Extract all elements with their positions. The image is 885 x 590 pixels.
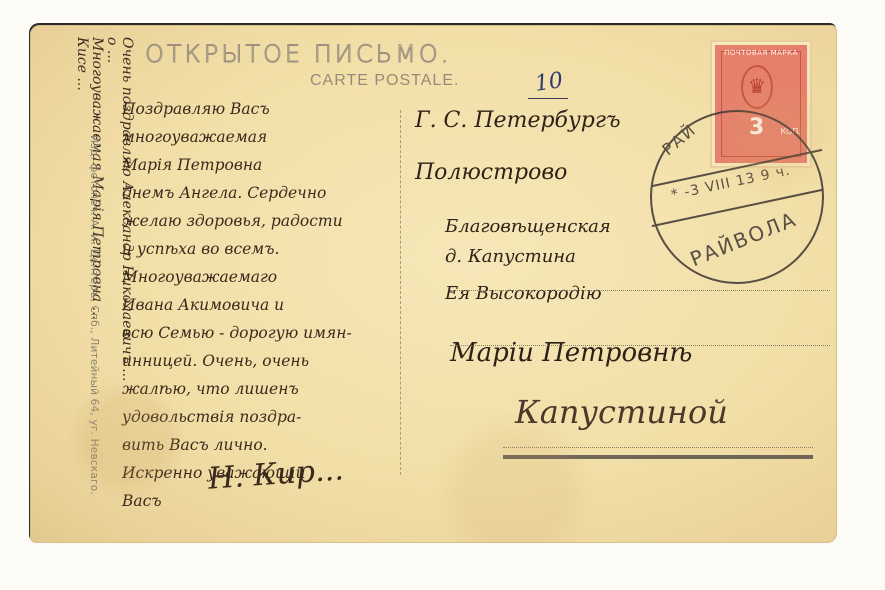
message-line: Многоуважаемаго	[122, 263, 407, 291]
address-district: Полюстрово	[415, 160, 567, 185]
address-dotted-line	[450, 345, 830, 346]
stamp-header-text: ПОЧТОВАЯ МАРКА	[715, 49, 807, 57]
message-line: Марія Петровна	[122, 151, 407, 179]
postmark: РАЙ * -3 VIII 13 9 ч. РАЙВОЛА	[650, 110, 824, 284]
message-line: Ивана Акимовича и	[122, 291, 407, 319]
side-note-line: Кисе ...	[74, 37, 89, 382]
number-underline	[528, 98, 568, 99]
message-line: желаю здоровья, радости	[122, 207, 407, 235]
message-line: днемъ Ангела. Сердечно	[122, 179, 407, 207]
printer-imprint: Изд. фотопеч. А. И. Центеръ, Спб., Литей…	[88, 135, 100, 495]
number-mark: 10	[533, 68, 564, 97]
address-city: Г. С. Петербургъ	[415, 108, 621, 133]
double-eagle-icon: ♛	[741, 65, 773, 109]
message-text: Поздравляю Васъ многоуважаемая Марія Пет…	[122, 95, 407, 515]
address-solid-line	[503, 455, 813, 459]
message-line: многоуважаемая	[122, 123, 407, 151]
message-line: и успѣха во всемъ.	[122, 235, 407, 263]
address-dotted-line	[503, 447, 813, 448]
vertical-divider	[400, 110, 401, 475]
message-line: удовольствія поздра-	[122, 403, 407, 431]
postmark-top-text: РАЙ	[658, 120, 700, 159]
address-honorific: Ея Высокородію	[445, 283, 602, 304]
message-line: инницей. Очень, очень	[122, 347, 407, 375]
postcard-subtitle: CARTE POSTALE.	[310, 72, 459, 90]
message-line: всю Семью - дорогую имян-	[122, 319, 407, 347]
recipient-surname: Капустиной	[515, 393, 728, 431]
message-line: жалѣю, что лишенъ	[122, 375, 407, 403]
address-dotted-line	[450, 290, 830, 291]
message-line: вить Васъ лично.	[122, 431, 407, 459]
message-line: Поздравляю Васъ	[122, 95, 407, 123]
postcard-title: ОТКРЫТОЕ ПИСЬМО.	[145, 40, 451, 68]
postcard: ОТКРЫТОЕ ПИСЬМО. CARTE POSTALE. 10 Очень…	[30, 25, 837, 543]
side-note-line: о ...	[104, 37, 119, 382]
address-house: д. Капустина	[445, 246, 576, 267]
address-street: Благовѣщенская	[445, 216, 611, 237]
postmark-city: РАЙВОЛА	[687, 207, 801, 272]
recipient-name: Маріи Петровнѣ	[450, 338, 692, 368]
